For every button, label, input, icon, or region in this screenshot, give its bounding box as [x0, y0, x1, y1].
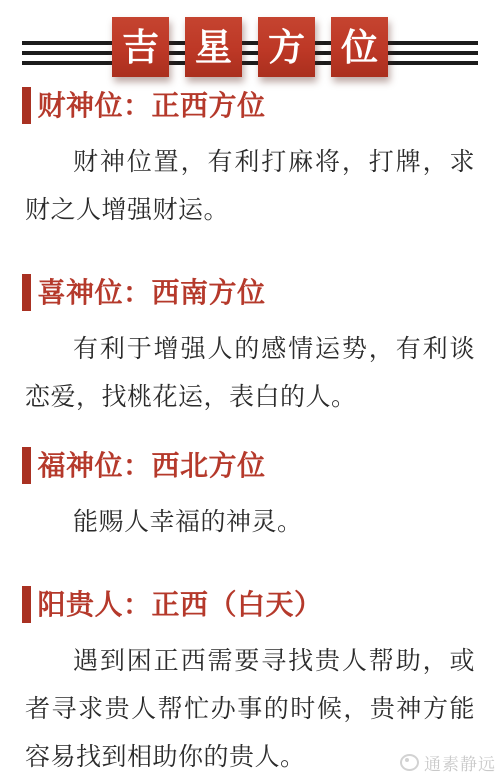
section-heading-text: 阳贵人：正西（白天） [38, 586, 323, 623]
section-heading: 财神位：正西方位 [22, 87, 475, 124]
section-heading-text: 福神位：西北方位 [38, 447, 266, 484]
article-content: 财神位：正西方位 财神位置，有利打麻将，打牌，求财之人增强财运。 喜神位：西南方… [0, 77, 500, 781]
title-character-block: 方 [258, 17, 315, 77]
section-wealth-god: 财神位：正西方位 财神位置，有利打麻将，打牌，求财之人增强财运。 [22, 87, 475, 234]
title-character-block: 位 [331, 17, 388, 77]
heading-accent-bar [22, 87, 31, 124]
heading-accent-bar [22, 447, 31, 484]
section-heading: 福神位：西北方位 [22, 447, 475, 484]
section-heading: 喜神位：西南方位 [22, 274, 475, 311]
section-fortune-god: 福神位：西北方位 能赐人幸福的神灵。 [22, 447, 475, 546]
watermark-logo-icon [400, 754, 419, 771]
heading-accent-bar [22, 586, 31, 623]
section-heading-text: 财神位：正西方位 [38, 87, 266, 124]
title-character-block: 星 [185, 17, 242, 77]
section-body-text: 财神位置，有利打麻将，打牌，求财之人增强财运。 [25, 138, 475, 234]
header-banner: 吉 星 方 位 [0, 0, 500, 77]
title-character-block: 吉 [112, 17, 169, 77]
section-body-text: 有利于增强人的感情运势，有利谈恋爱，找桃花运，表白的人。 [25, 325, 475, 421]
heading-accent-bar [22, 274, 31, 311]
section-body-text: 能赐人幸福的神灵。 [25, 498, 475, 546]
section-heading: 阳贵人：正西（白天） [22, 586, 475, 623]
watermark-text: 通素静远 [424, 750, 496, 775]
page-title: 吉 星 方 位 [0, 17, 500, 77]
section-joy-god: 喜神位：西南方位 有利于增强人的感情运势，有利谈恋爱，找桃花运，表白的人。 [22, 274, 475, 421]
watermark: 通素静远 [400, 750, 496, 775]
section-heading-text: 喜神位：西南方位 [38, 274, 266, 311]
